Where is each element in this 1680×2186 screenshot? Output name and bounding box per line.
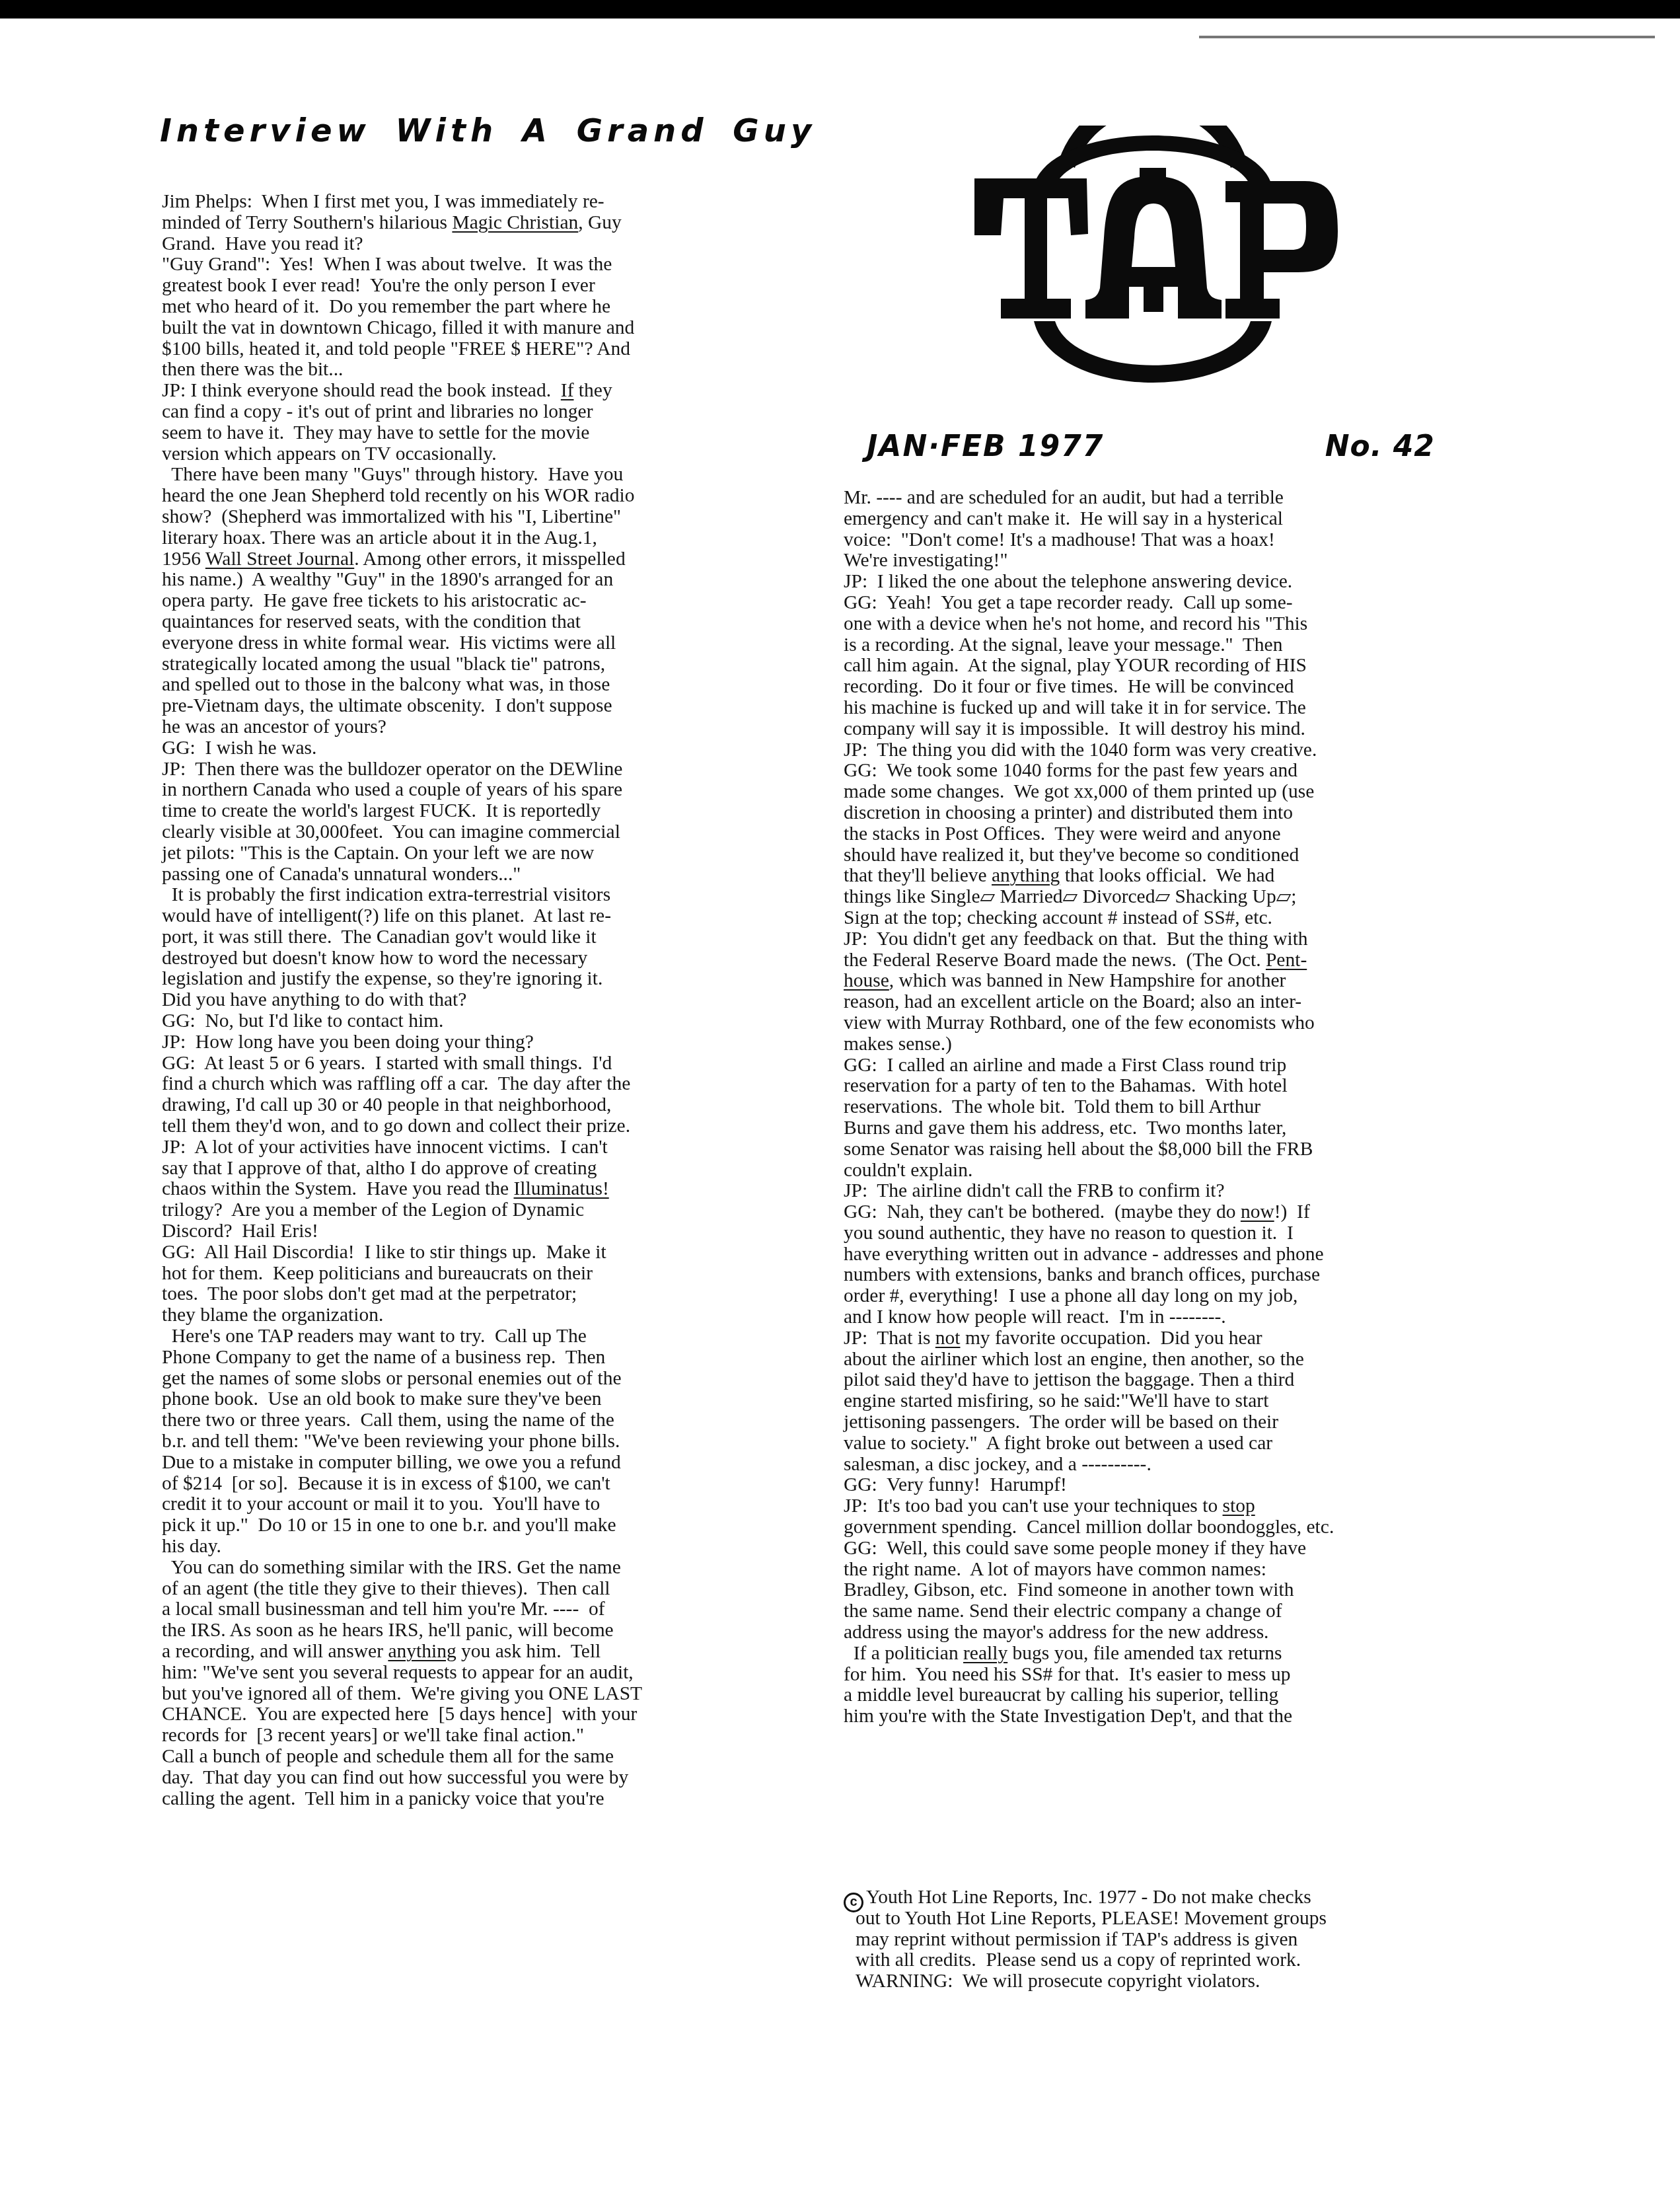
text-line: his machine is fucked up and will take i… bbox=[844, 698, 1504, 719]
text-line: for him. You need his SS# for that. It's… bbox=[844, 1665, 1504, 1686]
text-line: JP: A lot of your activities have innoce… bbox=[162, 1137, 813, 1158]
bell-in-circle-icon bbox=[955, 126, 1351, 390]
text-line: call him again. At the signal, play YOUR… bbox=[844, 656, 1504, 677]
scan-top-rule bbox=[1199, 36, 1655, 38]
text-line: drawing, I'd call up 30 or 40 people in … bbox=[162, 1095, 813, 1116]
text-line: jettisoning passengers. The order will b… bbox=[844, 1412, 1504, 1433]
text-line: JP: I think everyone should read the boo… bbox=[162, 381, 813, 402]
text-line: Did you have anything to do with that? bbox=[162, 990, 813, 1011]
text-line: hot for them. Keep politicians and burea… bbox=[162, 1263, 813, 1285]
text-line: his day. bbox=[162, 1536, 813, 1558]
text-line: they blame the organization. bbox=[162, 1305, 813, 1326]
text-line: literary hoax. There was an article abou… bbox=[162, 528, 813, 549]
text-line: time to create the world's largest FUCK.… bbox=[162, 801, 813, 822]
text-line: quaintances for reserved seats, with the… bbox=[162, 612, 813, 633]
text-line: a recording, and will answer anything yo… bbox=[162, 1641, 813, 1663]
text-line: a local small businessman and tell him y… bbox=[162, 1599, 813, 1620]
text-line: pilot said they'd have to jettison the b… bbox=[844, 1370, 1504, 1391]
text-line: $100 bills, heated it, and told people "… bbox=[162, 339, 813, 360]
text-line: opera party. He gave free tickets to his… bbox=[162, 591, 813, 612]
underlined-text: anything bbox=[388, 1641, 456, 1662]
copyright-line: with all credits. Please send us a copy … bbox=[844, 1950, 1504, 1971]
text-line: JP: It's too bad you can't use your tech… bbox=[844, 1496, 1504, 1517]
text-line: the Federal Reserve Board made the news.… bbox=[844, 950, 1504, 971]
text-line: clearly visible at 30,000feet. You can i… bbox=[162, 822, 813, 843]
text-line: GG: No, but I'd like to contact him. bbox=[162, 1011, 813, 1032]
underlined-text: If bbox=[561, 380, 574, 401]
text-line: show? (Shepherd was immortalized with hi… bbox=[162, 507, 813, 528]
text-line: Here's one TAP readers may want to try. … bbox=[162, 1326, 813, 1347]
underlined-text: Pent- bbox=[1266, 950, 1307, 971]
text-line: CHANCE. You are expected here [5 days he… bbox=[162, 1704, 813, 1725]
text-line: discretion in choosing a printer) and di… bbox=[844, 803, 1504, 824]
underlined-text: Illuminatus! bbox=[514, 1178, 609, 1199]
text-line: GG: All Hail Discordia! I like to stir t… bbox=[162, 1242, 813, 1263]
text-line: version which appears on TV occasionally… bbox=[162, 444, 813, 465]
text-line: Due to a mistake in computer billing, we… bbox=[162, 1452, 813, 1474]
text-line: Call a bunch of people and schedule them… bbox=[162, 1747, 813, 1768]
copyright-notice: cYouth Hot Line Reports, Inc. 1977 - Do … bbox=[844, 1887, 1504, 1992]
text-line: JP: How long have you been doing your th… bbox=[162, 1032, 813, 1053]
text-line: port, it was still there. The Canadian g… bbox=[162, 927, 813, 948]
text-line: You can do something similar with the IR… bbox=[162, 1558, 813, 1579]
text-line: JP: The airline didn't call the FRB to c… bbox=[844, 1181, 1504, 1202]
text-line: engine started misfiring, so he said:"We… bbox=[844, 1391, 1504, 1412]
text-line: pick it up." Do 10 or 15 in one to one b… bbox=[162, 1515, 813, 1536]
text-line: JP: The thing you did with the 1040 form… bbox=[844, 740, 1504, 761]
text-line: couldn't explain. bbox=[844, 1160, 1504, 1182]
text-line: and I know how people will react. I'm in… bbox=[844, 1307, 1504, 1328]
underlined-text: now bbox=[1241, 1201, 1274, 1223]
text-line: destroyed but doesn't know how to word t… bbox=[162, 948, 813, 969]
text-line: can find a copy - it's out of print and … bbox=[162, 402, 813, 423]
text-line: passing one of Canada's unnatural wonder… bbox=[162, 864, 813, 886]
text-line: a middle level bureaucrat by calling his… bbox=[844, 1685, 1504, 1706]
text-line: emergency and can't make it. He will say… bbox=[844, 509, 1504, 530]
text-line: would have of intelligent(?) life on thi… bbox=[162, 906, 813, 927]
scan-top-band bbox=[0, 0, 1680, 19]
text-line: find a church which was raffling off a c… bbox=[162, 1074, 813, 1095]
text-line: about the airliner which lost an engine,… bbox=[844, 1349, 1504, 1371]
text-line: one with a device when he's not home, an… bbox=[844, 614, 1504, 635]
text-line: records for [3 recent years] or we'll ta… bbox=[162, 1725, 813, 1747]
text-line: everyone dress in white formal wear. His… bbox=[162, 633, 813, 654]
text-line: GG: At least 5 or 6 years. I started wit… bbox=[162, 1053, 813, 1074]
text-line: him: "We've sent you several requests to… bbox=[162, 1663, 813, 1684]
issue-date: JAN·FEB 1977 bbox=[867, 430, 1104, 463]
underlined-text: anything bbox=[992, 865, 1060, 886]
copyright-line: Youth Hot Line Reports, Inc. 1977 - Do n… bbox=[866, 1887, 1311, 1908]
text-line: There have been many "Guys" through hist… bbox=[162, 465, 813, 486]
text-line: company will say it is impossible. It wi… bbox=[844, 719, 1504, 740]
text-line: strategically located among the usual "b… bbox=[162, 654, 813, 675]
text-line: view with Murray Rothbard, one of the fe… bbox=[844, 1013, 1504, 1034]
text-line: Discord? Hail Eris! bbox=[162, 1221, 813, 1242]
text-line: built the vat in downtown Chicago, fille… bbox=[162, 318, 813, 339]
tap-logo bbox=[955, 126, 1351, 390]
text-line: recording. Do it four or five times. He … bbox=[844, 677, 1504, 698]
copyright-line: out to Youth Hot Line Reports, PLEASE! M… bbox=[844, 1908, 1504, 1930]
text-line: We're investigating!" bbox=[844, 550, 1504, 572]
article-title: Interview With A Grand Guy bbox=[160, 112, 816, 149]
text-line: made some changes. We got xx,000 of them… bbox=[844, 782, 1504, 803]
text-line: house, which was banned in New Hampshire… bbox=[844, 971, 1504, 992]
left-column-text: Jim Phelps: When I first met you, I was … bbox=[162, 192, 813, 1809]
text-line: reason, had an excellent article on the … bbox=[844, 992, 1504, 1013]
text-line: It is probably the first indication extr… bbox=[162, 885, 813, 906]
text-line: heard the one Jean Shepherd told recentl… bbox=[162, 486, 813, 507]
right-column-text: Mr. ---- and are scheduled for an audit,… bbox=[844, 488, 1504, 1727]
text-line: you sound authentic, they have no reason… bbox=[844, 1223, 1504, 1244]
underlined-text: stop bbox=[1223, 1495, 1255, 1517]
text-line: Grand. Have you read it? bbox=[162, 234, 813, 255]
text-line: Jim Phelps: When I first met you, I was … bbox=[162, 192, 813, 213]
text-line: JP: Then there was the bulldozer operato… bbox=[162, 759, 813, 780]
text-line: salesman, a disc jockey, and a ---------… bbox=[844, 1454, 1504, 1476]
text-line: trilogy? Are you a member of the Legion … bbox=[162, 1200, 813, 1221]
text-line: GG: Yeah! You get a tape recorder ready.… bbox=[844, 593, 1504, 614]
text-line: makes sense.) bbox=[844, 1034, 1504, 1055]
underlined-text: house bbox=[844, 970, 889, 991]
text-line: b.r. and tell them: "We've been reviewin… bbox=[162, 1431, 813, 1452]
text-line: the right name. A lot of mayors have com… bbox=[844, 1560, 1504, 1581]
text-line: of an agent (the title they give to thei… bbox=[162, 1579, 813, 1600]
text-line: met who heard of it. Do you remember the… bbox=[162, 297, 813, 318]
text-line: minded of Terry Southern's hilarious Mag… bbox=[162, 213, 813, 234]
text-line: If a politician really bugs you, file am… bbox=[844, 1643, 1504, 1665]
text-line: value to society." A fight broke out bet… bbox=[844, 1433, 1504, 1454]
text-line: voice: "Don't come! It's a madhouse! Tha… bbox=[844, 530, 1504, 551]
text-line: his name.) A wealthy "Guy" in the 1890's… bbox=[162, 570, 813, 591]
text-line: greatest book I ever read! You're the on… bbox=[162, 276, 813, 297]
text-line: legislation and justify the expense, so … bbox=[162, 969, 813, 990]
text-line: toes. The poor slobs don't get mad at th… bbox=[162, 1284, 813, 1305]
text-line: the same name. Send their electric compa… bbox=[844, 1601, 1504, 1622]
text-line: seem to have it. They may have to settle… bbox=[162, 423, 813, 444]
text-line: that they'll believe anything that looks… bbox=[844, 866, 1504, 887]
text-line: things like Single▱ Married▱ Divorced▱ S… bbox=[844, 887, 1504, 908]
text-line: GG: I called an airline and made a First… bbox=[844, 1055, 1504, 1076]
text-line: calling the agent. Tell him in a panicky… bbox=[162, 1789, 813, 1810]
text-line: get the names of some slobs or personal … bbox=[162, 1369, 813, 1390]
text-line: Phone Company to get the name of a busin… bbox=[162, 1347, 813, 1369]
underlined-text: Magic Christian bbox=[452, 212, 578, 233]
text-line: tell them they'd won, and to go down and… bbox=[162, 1116, 813, 1137]
text-line: pre-Vietnam days, the ultimate obscenity… bbox=[162, 696, 813, 717]
text-line: the stacks in Post Offices. They were we… bbox=[844, 824, 1504, 845]
text-line: numbers with extensions, banks and branc… bbox=[844, 1265, 1504, 1286]
text-line: Burns and gave them his address, etc. Tw… bbox=[844, 1118, 1504, 1139]
text-line: reservations. The whole bit. Told them t… bbox=[844, 1097, 1504, 1118]
issue-info: JAN·FEB 1977 No. 42 bbox=[867, 430, 1435, 469]
underlined-text: not bbox=[935, 1328, 961, 1349]
text-line: JP: I liked the one about the telephone … bbox=[844, 572, 1504, 593]
copyright-line: may reprint without permission if TAP's … bbox=[844, 1930, 1504, 1951]
text-line: "Guy Grand": Yes! When I was about twelv… bbox=[162, 254, 813, 276]
text-line: he was an ancestor of yours? bbox=[162, 717, 813, 738]
text-line: Sign at the top; checking account # inst… bbox=[844, 908, 1504, 929]
text-line: order #, everything! I use a phone all d… bbox=[844, 1286, 1504, 1307]
text-line: day. That day you can find out how succe… bbox=[162, 1768, 813, 1789]
text-line: government spending. Cancel million doll… bbox=[844, 1517, 1504, 1538]
text-line: address using the mayor's address for th… bbox=[844, 1622, 1504, 1643]
text-line: JP: You didn't get any feedback on that.… bbox=[844, 929, 1504, 950]
text-line: jet pilots: "This is the Captain. On you… bbox=[162, 843, 813, 864]
text-line: phone book. Use an old book to make sure… bbox=[162, 1389, 813, 1410]
text-line: JP: That is not my favorite occupation. … bbox=[844, 1328, 1504, 1349]
text-line: him you're with the State Investigation … bbox=[844, 1706, 1504, 1727]
text-line: Bradley, Gibson, etc. Find someone in an… bbox=[844, 1580, 1504, 1601]
text-line: GG: Well, this could save some people mo… bbox=[844, 1538, 1504, 1560]
text-line: reservation for a party of ten to the Ba… bbox=[844, 1076, 1504, 1097]
text-line: 1956 Wall Street Journal. Among other er… bbox=[162, 549, 813, 570]
text-line: should have realized it, but they've bec… bbox=[844, 845, 1504, 866]
text-line: GG: We took some 1040 forms for the past… bbox=[844, 761, 1504, 782]
text-line: then there was the bit... bbox=[162, 359, 813, 381]
issue-number: No. 42 bbox=[1325, 430, 1435, 463]
text-line: some Senator was raising hell about the … bbox=[844, 1139, 1504, 1160]
text-line: GG: Very funny! Harumpf! bbox=[844, 1475, 1504, 1496]
text-line: is a recording. At the signal, leave you… bbox=[844, 635, 1504, 656]
text-line: of $214 [or so]. Because it is in excess… bbox=[162, 1474, 813, 1495]
text-line: GG: I wish he was. bbox=[162, 738, 813, 759]
text-line: in northern Canada who used a couple of … bbox=[162, 780, 813, 801]
text-line: Mr. ---- and are scheduled for an audit,… bbox=[844, 488, 1504, 509]
text-line: credit it to your account or mail it to … bbox=[162, 1494, 813, 1515]
underlined-text: really bbox=[963, 1643, 1007, 1664]
underlined-text: Wall Street Journal bbox=[205, 548, 354, 570]
copyright-line: WARNING: We will prosecute copyright vio… bbox=[844, 1971, 1504, 1992]
text-line: say that I approve of that, altho I do a… bbox=[162, 1158, 813, 1180]
text-line: and spelled out to those in the balcony … bbox=[162, 675, 813, 696]
text-line: chaos within the System. Have you read t… bbox=[162, 1179, 813, 1200]
text-line: GG: Nah, they can't be bothered. (maybe … bbox=[844, 1202, 1504, 1223]
text-line: the IRS. As soon as he hears IRS, he'll … bbox=[162, 1620, 813, 1641]
text-line: but you've ignored all of them. We're gi… bbox=[162, 1684, 813, 1705]
text-line: have everything written out in advance -… bbox=[844, 1244, 1504, 1265]
text-line: there two or three years. Call them, usi… bbox=[162, 1410, 813, 1431]
